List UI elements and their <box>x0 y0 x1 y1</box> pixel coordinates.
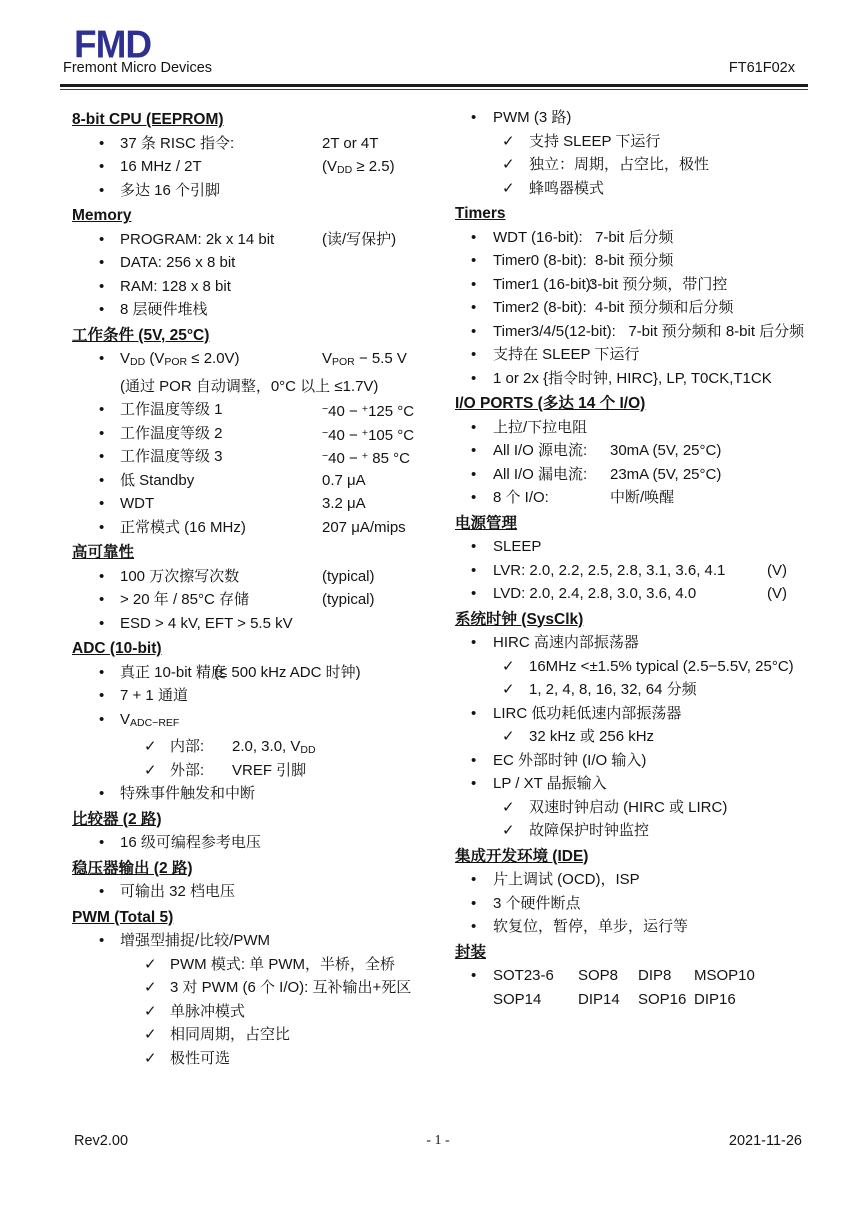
check-item: ✓极性可选 <box>72 1047 440 1071</box>
feature-section: 封装•SOT23-6SOP8DIP8MSOP10SOP14DIP14SOP16D… <box>455 941 815 1012</box>
package-name: SOP16 <box>638 988 694 1012</box>
bullet-item: •All I/O 源电流:30mA (5V, 25°C) <box>455 439 815 463</box>
item-value: 3.2 μA <box>322 492 366 516</box>
bullet-item: •SLEEP <box>455 535 815 559</box>
bullet-icon: • <box>471 416 476 440</box>
bullet-icon: • <box>471 749 476 773</box>
item-text: 支持 SLEEP 下运行 <box>529 133 660 150</box>
company-name: Fremont Micro Devices <box>63 60 212 76</box>
check-item: ✓内部:2.0, 3.0, VDD <box>72 735 440 759</box>
check-icon: ✓ <box>502 725 515 749</box>
bullet-item: •EC 外部时钟 (I/O 输入) <box>455 749 815 773</box>
bullet-icon: • <box>99 398 104 422</box>
bullet-icon: • <box>471 702 476 726</box>
footer-revision: Rev2.00 <box>74 1133 128 1149</box>
bullet-icon: • <box>471 892 476 916</box>
feature-section: 电源管理•SLEEP•LVR: 2.0, 2.2, 2.5, 2.8, 3.1,… <box>455 512 815 606</box>
bullet-icon: • <box>99 155 104 179</box>
feature-section: 比较器 (2 路)•16 级可编程参考电压 <box>72 808 440 855</box>
part-number: FT61F02x <box>729 60 795 76</box>
package-name: DIP16 <box>694 988 736 1012</box>
item-text: All I/O 漏电流: <box>493 466 587 483</box>
item-text: 内部: <box>170 738 204 755</box>
item-text: 真正 10-bit 精度 <box>120 664 226 681</box>
item-text: 外部: <box>170 762 204 779</box>
item-text: PROGRAM: 2k x 14 bit <box>120 231 274 248</box>
bullet-item: •LVD: 2.0, 2.4, 2.8, 3.0, 3.6, 4.0(V) <box>455 582 815 606</box>
bullet-icon: • <box>471 226 476 250</box>
item-text: 工作温度等级 3 <box>120 448 223 465</box>
check-icon: ✓ <box>144 953 157 977</box>
item-text: 单脉冲模式 <box>170 1003 245 1020</box>
package-name: MSOP10 <box>694 964 755 988</box>
check-icon: ✓ <box>502 796 515 820</box>
item-text: 片上调试 (OCD)，ISP <box>493 871 640 888</box>
bullet-item: •多达 16 个引脚 <box>72 179 440 203</box>
bullet-item: •16 MHz / 2T(VDD ≥ 2.5) <box>72 155 440 179</box>
item-text: 软复位，暂停，单步，运行等 <box>493 918 688 935</box>
item-text: Timer0 (8-bit): <box>493 252 587 269</box>
item-text: 增强型捕捉/比较/PWM <box>120 932 270 949</box>
continuation-line: (通过 POR 自动调整，0°C 以上 ≤1.7V) <box>72 375 440 399</box>
bullet-icon: • <box>99 347 104 371</box>
item-text: 低 Standby <box>120 472 194 489</box>
section-heading: Timers <box>455 202 815 226</box>
item-text: 相同周期，占空比 <box>170 1026 290 1043</box>
bullet-icon: • <box>99 684 104 708</box>
bullet-icon: • <box>99 469 104 493</box>
item-value: 0.7 μA <box>322 469 366 493</box>
item-value: −40 − +125 °C <box>322 398 414 424</box>
item-text: Timer3/4/5(12-bit): 7-bit 预分频和 8-bit 后分频 <box>493 323 804 340</box>
item-text: 8 个 I/O: <box>493 489 549 506</box>
item-value: (读/写保护) <box>322 228 396 252</box>
item-text: VADC−REF <box>120 711 179 728</box>
bullet-item: •1 or 2x {指令时钟, HIRC}, LP, T0CK,T1CK <box>455 367 815 391</box>
bullet-icon: • <box>99 708 104 732</box>
item-value: 23mA (5V, 25°C) <box>610 463 721 487</box>
feature-section: 8-bit CPU (EEPROM)•37 条 RISC 指令:2T or 4T… <box>72 108 440 202</box>
section-heading: 封装 <box>455 941 815 965</box>
item-value: 中断/唤醒 <box>610 486 674 510</box>
item-value: −40 − +105 °C <box>322 422 414 448</box>
section-heading: 稳压器输出 (2 路) <box>72 857 440 881</box>
item-text: LP / XT 晶振输入 <box>493 775 607 792</box>
bullet-item: •LVR: 2.0, 2.2, 2.5, 2.8, 3.1, 3.6, 4.1(… <box>455 559 815 583</box>
feature-section: 高可靠性•100 万次擦写次数(typical)•> 20 年 / 85°C 存… <box>72 541 440 635</box>
item-text: WDT <box>120 495 154 512</box>
item-value: −40 − + 85 °C <box>322 445 410 471</box>
check-item: ✓双速时钟启动 (HIRC 或 LIRC) <box>455 796 815 820</box>
bullet-item: •> 20 年 / 85°C 存储(typical) <box>72 588 440 612</box>
check-item: ✓32 kHz 或 256 kHz <box>455 725 815 749</box>
bullet-item: •上拉/下拉电阻 <box>455 416 815 440</box>
check-icon: ✓ <box>144 1023 157 1047</box>
section-heading: 8-bit CPU (EEPROM) <box>72 108 440 132</box>
bullet-icon: • <box>471 320 476 344</box>
bullet-icon: • <box>471 463 476 487</box>
feature-section: •PWM (3 路)✓支持 SLEEP 下运行✓独立：周期，占空比，极性✓蜂鸣器… <box>455 106 815 200</box>
bullet-item: •ESD > 4 kV, EFT > 5.5 kV <box>72 612 440 636</box>
left-column: 8-bit CPU (EEPROM)•37 条 RISC 指令:2T or 4T… <box>72 106 440 1070</box>
feature-section: 稳压器输出 (2 路)•可输出 32 档电压 <box>72 857 440 904</box>
item-text: 3 个硬件断点 <box>493 895 581 912</box>
bullet-icon: • <box>471 915 476 939</box>
item-text: VDD (VPOR ≤ 2.0V) <box>120 350 240 367</box>
item-text: (通过 POR 自动调整，0°C 以上 ≤1.7V) <box>120 378 378 395</box>
section-heading: Memory <box>72 204 440 228</box>
feature-section: ADC (10-bit)•真正 10-bit 精度(≤ 500 kHz ADC … <box>72 637 440 806</box>
bullet-item: •7 + 1 通道 <box>72 684 440 708</box>
bullet-item: •真正 10-bit 精度(≤ 500 kHz ADC 时钟) <box>72 661 440 685</box>
bullet-icon: • <box>471 273 476 297</box>
item-text: 16 MHz / 2T <box>120 158 202 175</box>
continuation-line: SOP14DIP14SOP16DIP16 <box>455 988 815 1012</box>
bullet-icon: • <box>471 868 476 892</box>
item-value: 8-bit 预分频 <box>595 249 673 273</box>
item-text: 蜂鸣器模式 <box>529 180 604 197</box>
section-heading: 高可靠性 <box>72 541 440 565</box>
item-value: 3-bit 预分频，带门控 <box>589 273 727 297</box>
bullet-icon: • <box>99 612 104 636</box>
package-name: SOP8 <box>578 964 638 988</box>
item-text: DATA: 256 x 8 bit <box>120 254 235 271</box>
bullet-icon: • <box>99 588 104 612</box>
check-icon: ✓ <box>144 976 157 1000</box>
check-item: ✓支持 SLEEP 下运行 <box>455 130 815 154</box>
item-text: 16 级可编程参考电压 <box>120 834 261 851</box>
bullet-item: •可输出 32 档电压 <box>72 880 440 904</box>
header-rule-thin <box>60 89 808 90</box>
package-row: SOT23-6SOP8DIP8MSOP10 <box>493 964 755 988</box>
check-item: ✓16MHz <±1.5% typical (2.5−5.5V, 25°C) <box>455 655 815 679</box>
item-text: LIRC 低功耗低速内部振荡器 <box>493 705 681 722</box>
bullet-icon: • <box>99 516 104 540</box>
item-text: 32 kHz 或 256 kHz <box>529 728 654 745</box>
bullet-item: •低 Standby0.7 μA <box>72 469 440 493</box>
feature-section: 集成开发环境 (IDE)•片上调试 (OCD)，ISP•3 个硬件断点•软复位，… <box>455 845 815 939</box>
check-icon: ✓ <box>144 759 157 783</box>
bullet-icon: • <box>99 661 104 685</box>
check-item: ✓故障保护时钟监控 <box>455 819 815 843</box>
item-value: 207 μA/mips <box>322 516 406 540</box>
bullet-item: •RAM: 128 x 8 bit <box>72 275 440 299</box>
item-value: (V) <box>767 582 787 606</box>
item-text: SLEEP <box>493 538 541 555</box>
bullet-icon: • <box>471 249 476 273</box>
bullet-icon: • <box>471 772 476 796</box>
bullet-item: •Timer0 (8-bit):8-bit 预分频 <box>455 249 815 273</box>
item-text: 支持在 SLEEP 下运行 <box>493 346 639 363</box>
bullet-item: •Timer1 (16-bit):3-bit 预分频，带门控 <box>455 273 815 297</box>
item-text: ESD > 4 kV, EFT > 5.5 kV <box>120 615 293 632</box>
datasheet-page: FMD Fremont Micro Devices FT61F02x 8-bit… <box>0 0 868 1228</box>
section-heading: 工作条件 (5V, 25°C) <box>72 324 440 348</box>
item-value: 30mA (5V, 25°C) <box>610 439 721 463</box>
footer-page-number: - 1 - <box>426 1133 449 1149</box>
item-text: 正常模式 (16 MHz) <box>120 519 246 536</box>
bullet-item: •DATA: 256 x 8 bit <box>72 251 440 275</box>
bullet-icon: • <box>99 565 104 589</box>
item-text: 37 条 RISC 指令: <box>120 135 234 152</box>
bullet-item: •LP / XT 晶振输入 <box>455 772 815 796</box>
item-text: 独立：周期，占空比，极性 <box>529 156 709 173</box>
item-text: EC 外部时钟 (I/O 输入) <box>493 752 646 769</box>
bullet-item: •VDD (VPOR ≤ 2.0V)VPOR − 5.5 V <box>72 347 440 375</box>
bullet-icon: • <box>471 631 476 655</box>
item-value: 7-bit 后分频 <box>595 226 673 250</box>
item-text: WDT (16-bit): <box>493 229 583 246</box>
item-value: (V) <box>767 559 787 583</box>
package-name: SOP14 <box>493 988 578 1012</box>
bullet-item: •增强型捕捉/比较/PWM <box>72 929 440 953</box>
check-item: ✓相同周期，占空比 <box>72 1023 440 1047</box>
item-text: 工作温度等级 1 <box>120 401 223 418</box>
item-text: 1, 2, 4, 8, 16, 32, 64 分频 <box>529 681 697 698</box>
item-text: 8 层硬件堆栈 <box>120 301 208 318</box>
bullet-item: •片上调试 (OCD)，ISP <box>455 868 815 892</box>
bullet-icon: • <box>471 559 476 583</box>
bullet-item: •8 个 I/O:中断/唤醒 <box>455 486 815 510</box>
bullet-item: •37 条 RISC 指令:2T or 4T <box>72 132 440 156</box>
item-text: 上拉/下拉电阻 <box>493 419 587 436</box>
bullet-icon: • <box>99 298 104 322</box>
item-value: VREF 引脚 <box>232 759 306 783</box>
bullet-item: •Timer2 (8-bit):4-bit 预分频和后分频 <box>455 296 815 320</box>
item-value: 4-bit 预分频和后分频 <box>595 296 733 320</box>
item-text: 7 + 1 通道 <box>120 687 188 704</box>
bullet-item: •工作温度等级 1−40 − +125 °C <box>72 398 440 422</box>
package-name: DIP14 <box>578 988 638 1012</box>
bullet-icon: • <box>471 296 476 320</box>
item-text: 特殊事件触发和中断 <box>120 785 255 802</box>
item-text: 3 对 PWM (6 个 I/O): 互补输出+死区 <box>170 979 411 996</box>
item-text: LVD: 2.0, 2.4, 2.8, 3.0, 3.6, 4.0 <box>493 585 696 602</box>
check-item: ✓外部:VREF 引脚 <box>72 759 440 783</box>
bullet-item: •8 层硬件堆栈 <box>72 298 440 322</box>
item-text: LVR: 2.0, 2.2, 2.5, 2.8, 3.1, 3.6, 4.1 <box>493 562 725 579</box>
item-text: PWM 模式: 单 PWM，半桥，全桥 <box>170 956 395 973</box>
bullet-item: •All I/O 漏电流:23mA (5V, 25°C) <box>455 463 815 487</box>
bullet-item: •PWM (3 路) <box>455 106 815 130</box>
check-item: ✓3 对 PWM (6 个 I/O): 互补输出+死区 <box>72 976 440 1000</box>
bullet-icon: • <box>99 422 104 446</box>
bullet-item: •软复位，暂停，单步，运行等 <box>455 915 815 939</box>
bullet-item: •3 个硬件断点 <box>455 892 815 916</box>
section-heading: 系统时钟 (SysClk) <box>455 608 815 632</box>
feature-section: 系统时钟 (SysClk)•HIRC 高速内部振荡器✓16MHz <±1.5% … <box>455 608 815 843</box>
bullet-item: •SOT23-6SOP8DIP8MSOP10 <box>455 964 815 988</box>
feature-section: Timers•WDT (16-bit):7-bit 后分频•Timer0 (8-… <box>455 202 815 390</box>
item-value: VPOR − 5.5 V <box>322 347 407 375</box>
feature-section: Memory•PROGRAM: 2k x 14 bit(读/写保护)•DATA:… <box>72 204 440 322</box>
item-value: (≤ 500 kHz ADC 时钟) <box>214 661 361 685</box>
item-text: 工作温度等级 2 <box>120 425 223 442</box>
bullet-item: •支持在 SLEEP 下运行 <box>455 343 815 367</box>
bullet-item: •Timer3/4/5(12-bit): 7-bit 预分频和 8-bit 后分… <box>455 320 815 344</box>
section-heading: 集成开发环境 (IDE) <box>455 845 815 869</box>
bullet-icon: • <box>471 486 476 510</box>
item-text: RAM: 128 x 8 bit <box>120 278 231 295</box>
item-text: HIRC 高速内部振荡器 <box>493 634 639 651</box>
item-text: 1 or 2x {指令时钟, HIRC}, LP, T0CK,T1CK <box>493 370 772 387</box>
check-item: ✓1, 2, 4, 8, 16, 32, 64 分频 <box>455 678 815 702</box>
bullet-icon: • <box>99 782 104 806</box>
bullet-item: •16 级可编程参考电压 <box>72 831 440 855</box>
section-heading: ADC (10-bit) <box>72 637 440 661</box>
bullet-icon: • <box>99 179 104 203</box>
right-column: •PWM (3 路)✓支持 SLEEP 下运行✓独立：周期，占空比，极性✓蜂鸣器… <box>455 106 815 1011</box>
section-heading: PWM (Total 5) <box>72 906 440 930</box>
check-icon: ✓ <box>502 819 515 843</box>
check-icon: ✓ <box>502 177 515 201</box>
bullet-icon: • <box>99 132 104 156</box>
section-heading: I/O PORTS (多达 14 个 I/O) <box>455 392 815 416</box>
bullet-icon: • <box>99 880 104 904</box>
bullet-item: •工作温度等级 3−40 − + 85 °C <box>72 445 440 469</box>
bullet-item: •特殊事件触发和中断 <box>72 782 440 806</box>
feature-section: PWM (Total 5)•增强型捕捉/比较/PWM✓PWM 模式: 单 PWM… <box>72 906 440 1071</box>
item-text: 可输出 32 档电压 <box>120 883 235 900</box>
bullet-item: •WDT3.2 μA <box>72 492 440 516</box>
item-text: > 20 年 / 85°C 存储 <box>120 591 249 608</box>
check-icon: ✓ <box>502 130 515 154</box>
bullet-item: •LIRC 低功耗低速内部振荡器 <box>455 702 815 726</box>
item-text: 双速时钟启动 (HIRC 或 LIRC) <box>529 799 727 816</box>
bullet-icon: • <box>471 964 476 988</box>
check-item: ✓单脉冲模式 <box>72 1000 440 1024</box>
item-text: All I/O 源电流: <box>493 442 587 459</box>
item-text: 16MHz <±1.5% typical (2.5−5.5V, 25°C) <box>529 658 794 675</box>
bullet-item: •工作温度等级 2−40 − +105 °C <box>72 422 440 446</box>
item-text: 极性可选 <box>170 1050 230 1067</box>
item-text: 多达 16 个引脚 <box>120 182 220 199</box>
bullet-icon: • <box>99 275 104 299</box>
item-value: (typical) <box>322 588 375 612</box>
package-name: DIP8 <box>638 964 694 988</box>
bullet-item: •100 万次擦写次数(typical) <box>72 565 440 589</box>
package-row: SOP14DIP14SOP16DIP16 <box>493 988 736 1012</box>
item-text: Timer2 (8-bit): <box>493 299 587 316</box>
item-text: 故障保护时钟监控 <box>529 822 649 839</box>
bullet-icon: • <box>471 106 476 130</box>
package-name: SOT23-6 <box>493 964 578 988</box>
check-item: ✓独立：周期，占空比，极性 <box>455 153 815 177</box>
item-text: PWM (3 路) <box>493 109 571 126</box>
bullet-icon: • <box>99 228 104 252</box>
bullet-icon: • <box>99 929 104 953</box>
fmd-logo: FMD <box>74 25 151 64</box>
feature-section: 工作条件 (5V, 25°C)•VDD (VPOR ≤ 2.0V)VPOR − … <box>72 324 440 540</box>
check-icon: ✓ <box>502 153 515 177</box>
item-text: 100 万次擦写次数 <box>120 568 239 585</box>
item-text: Timer1 (16-bit): <box>493 276 595 293</box>
check-icon: ✓ <box>502 678 515 702</box>
check-icon: ✓ <box>502 655 515 679</box>
bullet-item: •PROGRAM: 2k x 14 bit(读/写保护) <box>72 228 440 252</box>
check-icon: ✓ <box>144 1000 157 1024</box>
item-value: (typical) <box>322 565 375 589</box>
bullet-icon: • <box>99 445 104 469</box>
feature-section: I/O PORTS (多达 14 个 I/O)•上拉/下拉电阻•All I/O … <box>455 392 815 510</box>
bullet-icon: • <box>99 831 104 855</box>
section-heading: 电源管理 <box>455 512 815 536</box>
bullet-icon: • <box>99 251 104 275</box>
header-rule-thick <box>60 84 808 87</box>
bullet-icon: • <box>99 492 104 516</box>
bullet-icon: • <box>471 535 476 559</box>
bullet-item: •WDT (16-bit):7-bit 后分频 <box>455 226 815 250</box>
check-icon: ✓ <box>144 735 157 759</box>
bullet-item: •VADC−REF <box>72 708 440 736</box>
bullet-icon: • <box>471 439 476 463</box>
bullet-icon: • <box>471 582 476 606</box>
bullet-item: •HIRC 高速内部振荡器 <box>455 631 815 655</box>
section-heading: 比较器 (2 路) <box>72 808 440 832</box>
bullet-item: •正常模式 (16 MHz)207 μA/mips <box>72 516 440 540</box>
check-item: ✓PWM 模式: 单 PWM，半桥，全桥 <box>72 953 440 977</box>
check-icon: ✓ <box>144 1047 157 1071</box>
check-item: ✓蜂鸣器模式 <box>455 177 815 201</box>
feature-list: 8-bit CPU (EEPROM)•37 条 RISC 指令:2T or 4T… <box>72 106 815 1070</box>
bullet-icon: • <box>471 343 476 367</box>
item-value: 2T or 4T <box>322 132 378 156</box>
footer-date: 2021-11-26 <box>729 1133 802 1149</box>
bullet-icon: • <box>471 367 476 391</box>
